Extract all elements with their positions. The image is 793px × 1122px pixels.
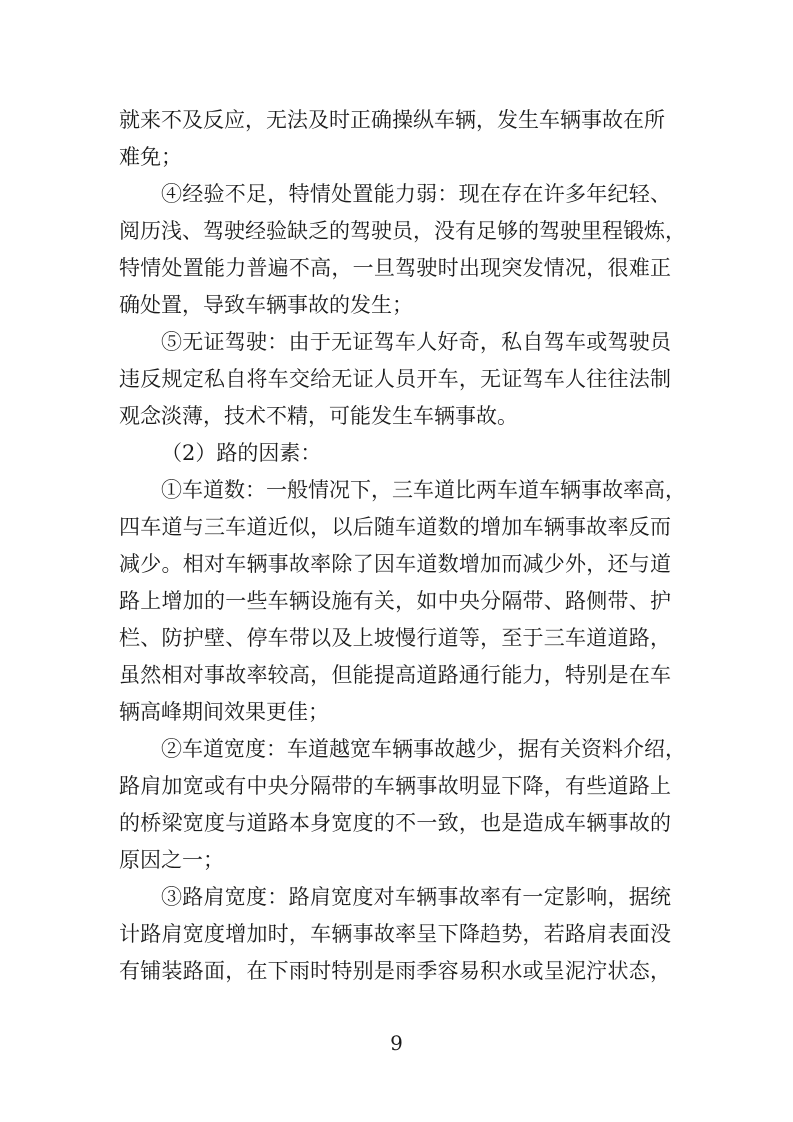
text-line: 路肩加宽或有中央分隔带的车辆事故明显下降，有些道路上	[119, 771, 671, 801]
text-line: ⑤无证驾驶：由于无证驾车人好奇，私自驾车或驾驶员	[161, 327, 671, 357]
page-number: 9	[0, 1030, 793, 1056]
text-line: 计路肩宽度增加时，车辆事故率呈下降趋势，若路肩表面没	[119, 919, 671, 949]
text-line: 辆高峰期间效果更佳；	[119, 697, 671, 727]
text-line: ③路肩宽度：路肩宽度对车辆事故率有一定影响，据统	[161, 882, 671, 912]
document-page: 就来不及反应，无法及时正确操纵车辆，发生车辆事故在所 难免； ④经验不足，特情处…	[0, 0, 793, 1122]
text-line: ①车道数：一般情况下，三车道比两车道车辆事故率高，	[161, 475, 671, 505]
text-line: 栏、防护壁、停车带以及上坡慢行道等，至于三车道道路，	[119, 623, 671, 653]
text-line: 阅历浅、驾驶经验缺乏的驾驶员，没有足够的驾驶里程锻炼，	[119, 216, 671, 246]
text-line: 观念淡薄，技术不精，可能发生车辆事故。	[119, 401, 671, 431]
text-line: 减少。相对车辆事故率除了因车道数增加而减少外，还与道	[119, 549, 671, 579]
text-line: 四车道与三车道近似，以后随车道数的增加车辆事故率反而	[119, 512, 671, 542]
text-line: 原因之一；	[119, 845, 671, 875]
text-line: 确处置，导致车辆事故的发生；	[119, 290, 671, 320]
text-line: 违反规定私自将车交给无证人员开车，无证驾车人往往法制	[119, 364, 671, 394]
text-line: 难免；	[119, 142, 671, 172]
text-line: ②车道宽度：车道越宽车辆事故越少，据有关资料介绍，	[161, 734, 671, 764]
text-line: 路上增加的一些车辆设施有关，如中央分隔带、路侧带、护	[119, 586, 671, 616]
text-line: 特情处置能力普遍不高，一旦驾驶时出现突发情况，很难正	[119, 253, 671, 283]
text-line: ④经验不足，特情处置能力弱：现在存在许多年纪轻、	[161, 179, 671, 209]
text-line: 的桥梁宽度与道路本身宽度的不一致，也是造成车辆事故的	[119, 808, 671, 838]
text-line: 有铺装路面，在下雨时特别是雨季容易积水或呈泥泞状态，	[119, 956, 671, 986]
section-heading: （2）路的因素：	[161, 438, 321, 468]
text-line: 虽然相对事故率较高，但能提高道路通行能力，特别是在车	[119, 660, 671, 690]
text-line: 就来不及反应，无法及时正确操纵车辆，发生车辆事故在所	[119, 105, 671, 135]
